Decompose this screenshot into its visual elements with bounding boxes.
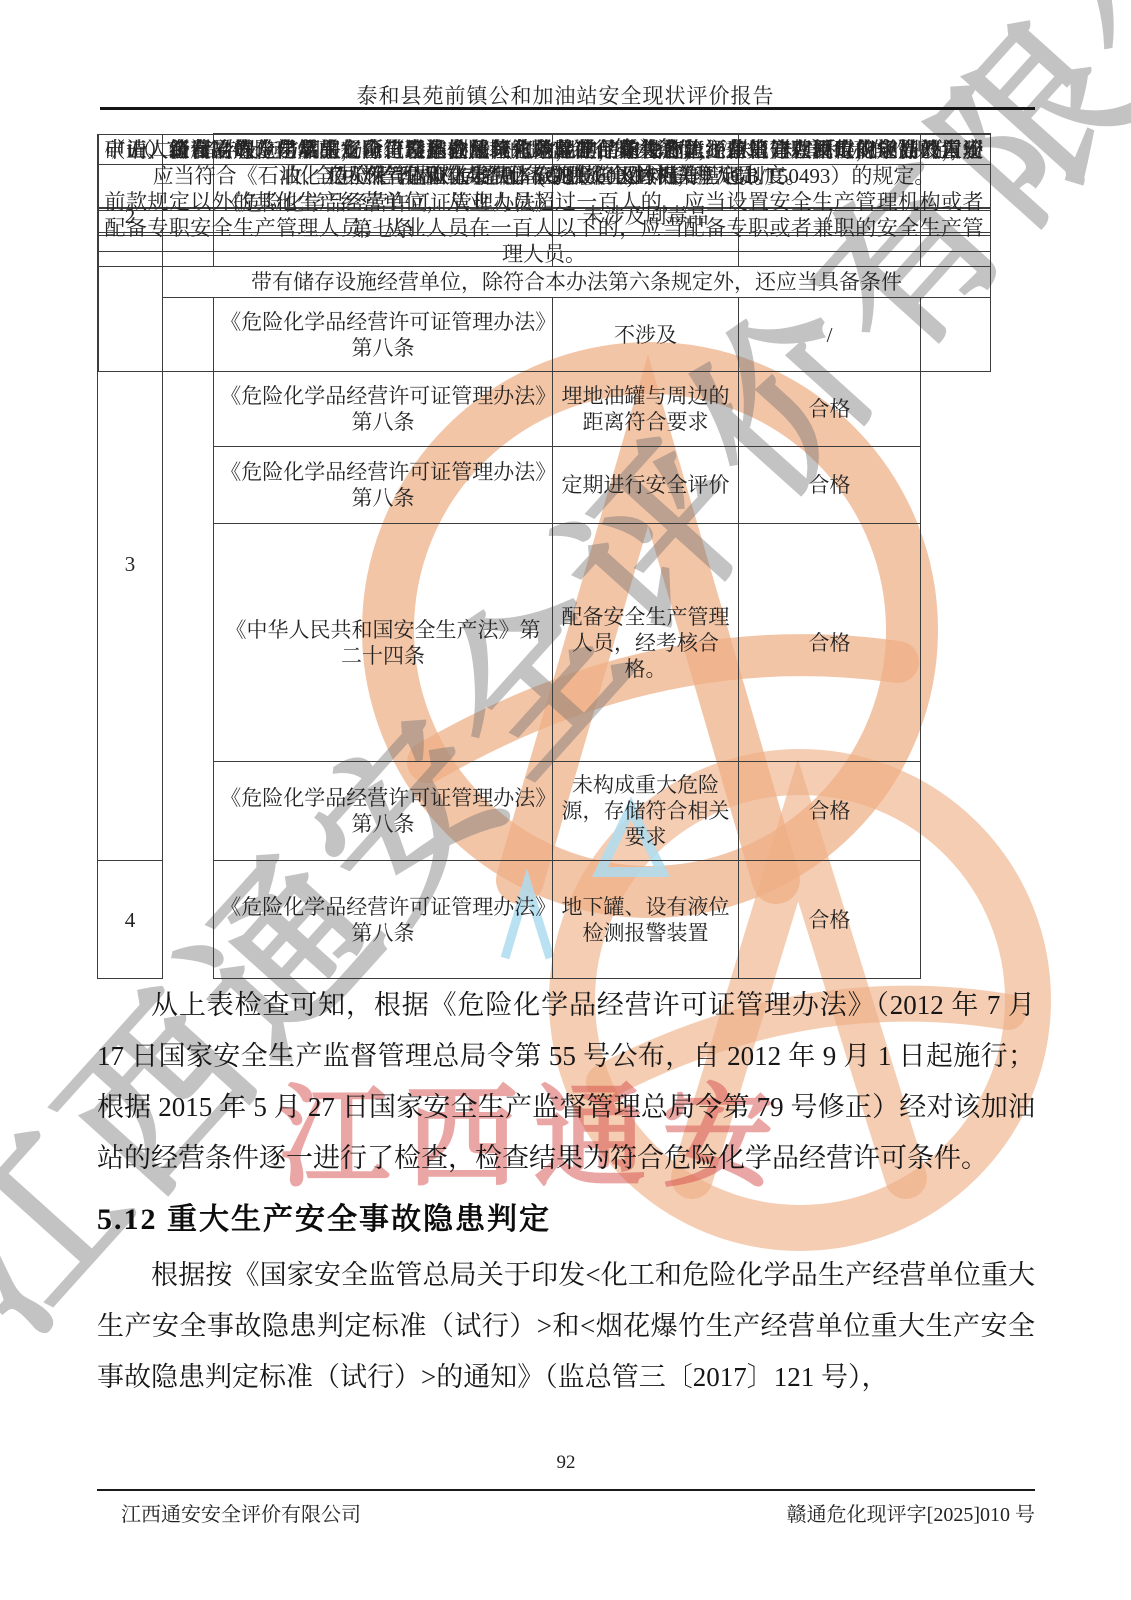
- document-page: 江西通安全评价有限公司 江西通安 泰和县苑前镇公和加油站安全现状评价报告 第六条: [0, 0, 1131, 1600]
- row3-item4-check: 配备安全生产管理人员，经考核合格。: [553, 524, 739, 762]
- footer-rule: [97, 1489, 1035, 1491]
- report-header-title: 泰和县苑前镇公和加油站安全现状评价报告: [0, 80, 1131, 110]
- footer-doc-number: 赣通危化现评字[2025]010 号: [787, 1498, 1035, 1527]
- row3-item2-check: 埋地油罐与周边的距离符合要求: [553, 372, 739, 447]
- row3-item4-result: 合格: [739, 524, 921, 762]
- row3-item3-result: 合格: [739, 447, 921, 524]
- table-row-3-item2: （二）储存设施与相关场所、设施、区域的距离符合有关法律、法规、规章和标准的规定;…: [98, 372, 991, 447]
- row3-item2-basis: 《危险化学品经营许可证管理办法》第八条: [214, 372, 553, 447]
- row3-item5-result: 合格: [739, 762, 921, 861]
- inspection-table: 第六条 2 申请人经营剧毒化学品的，除符合本办法第六条规定的条件外，还应当建立剧…: [97, 133, 991, 979]
- table-row-3-item5: （五）符合《危险化学品安全管理条例》、《危险化学品重大危险源监督管理暂行规定》、…: [98, 762, 991, 861]
- table-row-3-item4: 矿山、金属冶炼、建筑施工、道路运输单位和危险物品的生产、经营、储存单位，应当设置…: [98, 524, 991, 762]
- basis-paragraph: 根据按《国家安全监管总局关于印发<化工和危险化学品生产经营单位重大生产安全事故隐…: [97, 1250, 1035, 1403]
- row4-result: 合格: [739, 861, 921, 979]
- body-text-block: 从上表检查可知，根据《危险化学品经营许可证管理办法》（2012 年 7 月 17…: [97, 980, 1035, 1403]
- row3-item4-basis: 《中华人民共和国安全生产法》第二十四条: [214, 524, 553, 762]
- table-row-3-item3: （三）依照有关规定进行安全评价; 《危险化学品经营许可证管理办法》第八条 定期进…: [98, 447, 991, 524]
- header-rule: [100, 107, 1035, 110]
- page-number: 92: [97, 1452, 1035, 1474]
- row4-check: 地下罐、设有液位检测报警装置: [553, 861, 739, 979]
- footer: 江西通安安全评价有限公司 赣通危化现评字[2025]010 号: [97, 1498, 1035, 1527]
- table-row-4: 4 申请人储存易燃、易爆、有毒、易扩散危险化学品的，除符合第 1 条第一款规定的…: [98, 861, 991, 979]
- row3-item3-check: 定期进行安全评价: [553, 447, 739, 524]
- row3-item5-basis: 《危险化学品经营许可证管理办法》第八条: [214, 762, 553, 861]
- footer-company-name: 江西通安安全评价有限公司: [97, 1498, 361, 1527]
- section-heading-5-12: 5.12 重大生产安全事故隐患判定: [97, 1198, 1035, 1242]
- page-content: 泰和县苑前镇公和加油站安全现状评价报告 第六条 2 申请人经营剧毒化学品的，除符…: [0, 0, 1131, 1600]
- conclusion-paragraph: 从上表检查可知，根据《危险化学品经营许可证管理办法》（2012 年 7 月 17…: [97, 980, 1035, 1184]
- row4-num: 4: [98, 861, 163, 979]
- row3-item2-result: 合格: [739, 372, 921, 447]
- row4-content: 申请人储存易燃、易爆、有毒、易扩散危险化学品的，除符合第 1 条第一款规定的条件…: [98, 134, 991, 252]
- row3-item5-check: 未构成重大危险源，存储符合相关要求: [553, 762, 739, 861]
- row3-item3-basis: 《危险化学品经营许可证管理办法》第八条: [214, 447, 553, 524]
- row4-basis: 《危险化学品经营许可证管理办法》第八条: [214, 861, 553, 979]
